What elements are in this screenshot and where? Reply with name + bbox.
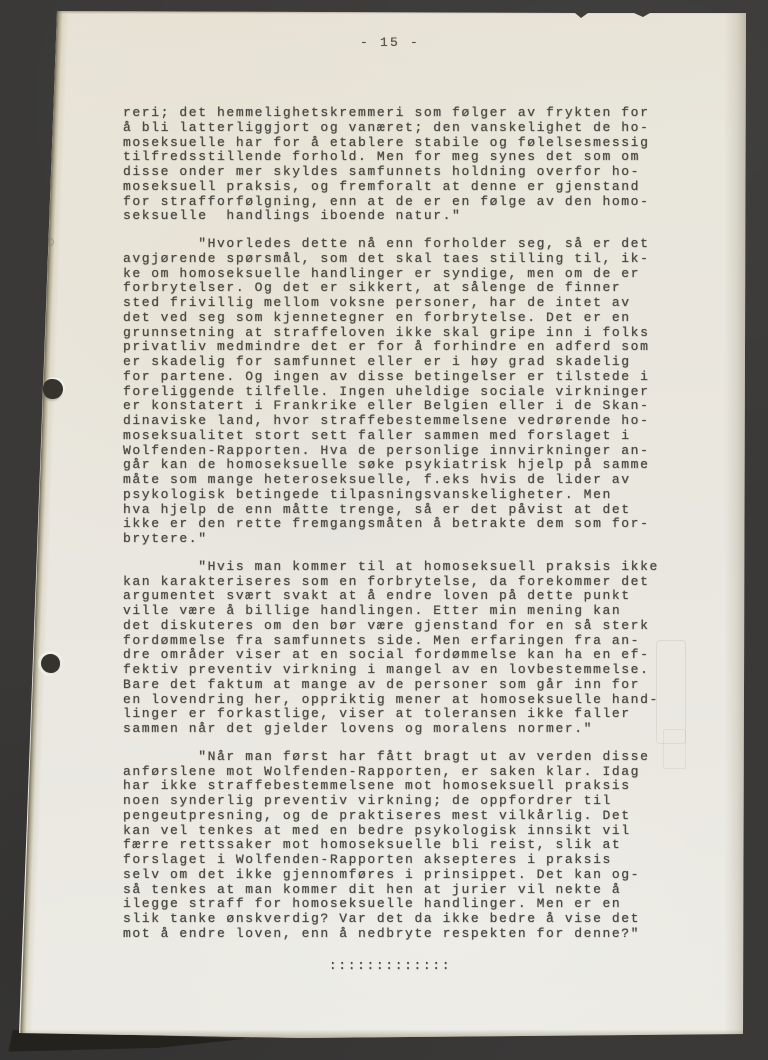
paragraph: "Hvorledes dette nå enn forholder seg, s…	[123, 237, 657, 547]
show-through-mark	[663, 729, 686, 769]
page-number: - 15 -	[123, 35, 657, 50]
paper-edge-left	[20, 8, 69, 1043]
punch-hole-top	[43, 379, 63, 399]
paragraph: "Hvis man kommer til at homoseksuell pra…	[123, 560, 657, 737]
punch-hole-bottom	[41, 654, 60, 673]
paper-sheet: - 15 - reri; det hemmelighetskremmeri so…	[0, 0, 768, 1060]
paper-blemish	[46, 238, 54, 246]
paper-edge-right	[724, 10, 748, 1038]
paragraph: "Når man først har fått bragt ut av verd…	[123, 750, 657, 942]
paragraph: reri; det hemmelighetskremmeri som følge…	[123, 106, 657, 224]
section-divider: :::::::::::::	[123, 959, 657, 974]
document-scan: - 15 - reri; det hemmelighetskremmeri so…	[0, 0, 768, 1060]
paper-edge-top	[50, 11, 750, 14]
document-text: reri; det hemmelighetskremmeri som følge…	[123, 106, 657, 973]
